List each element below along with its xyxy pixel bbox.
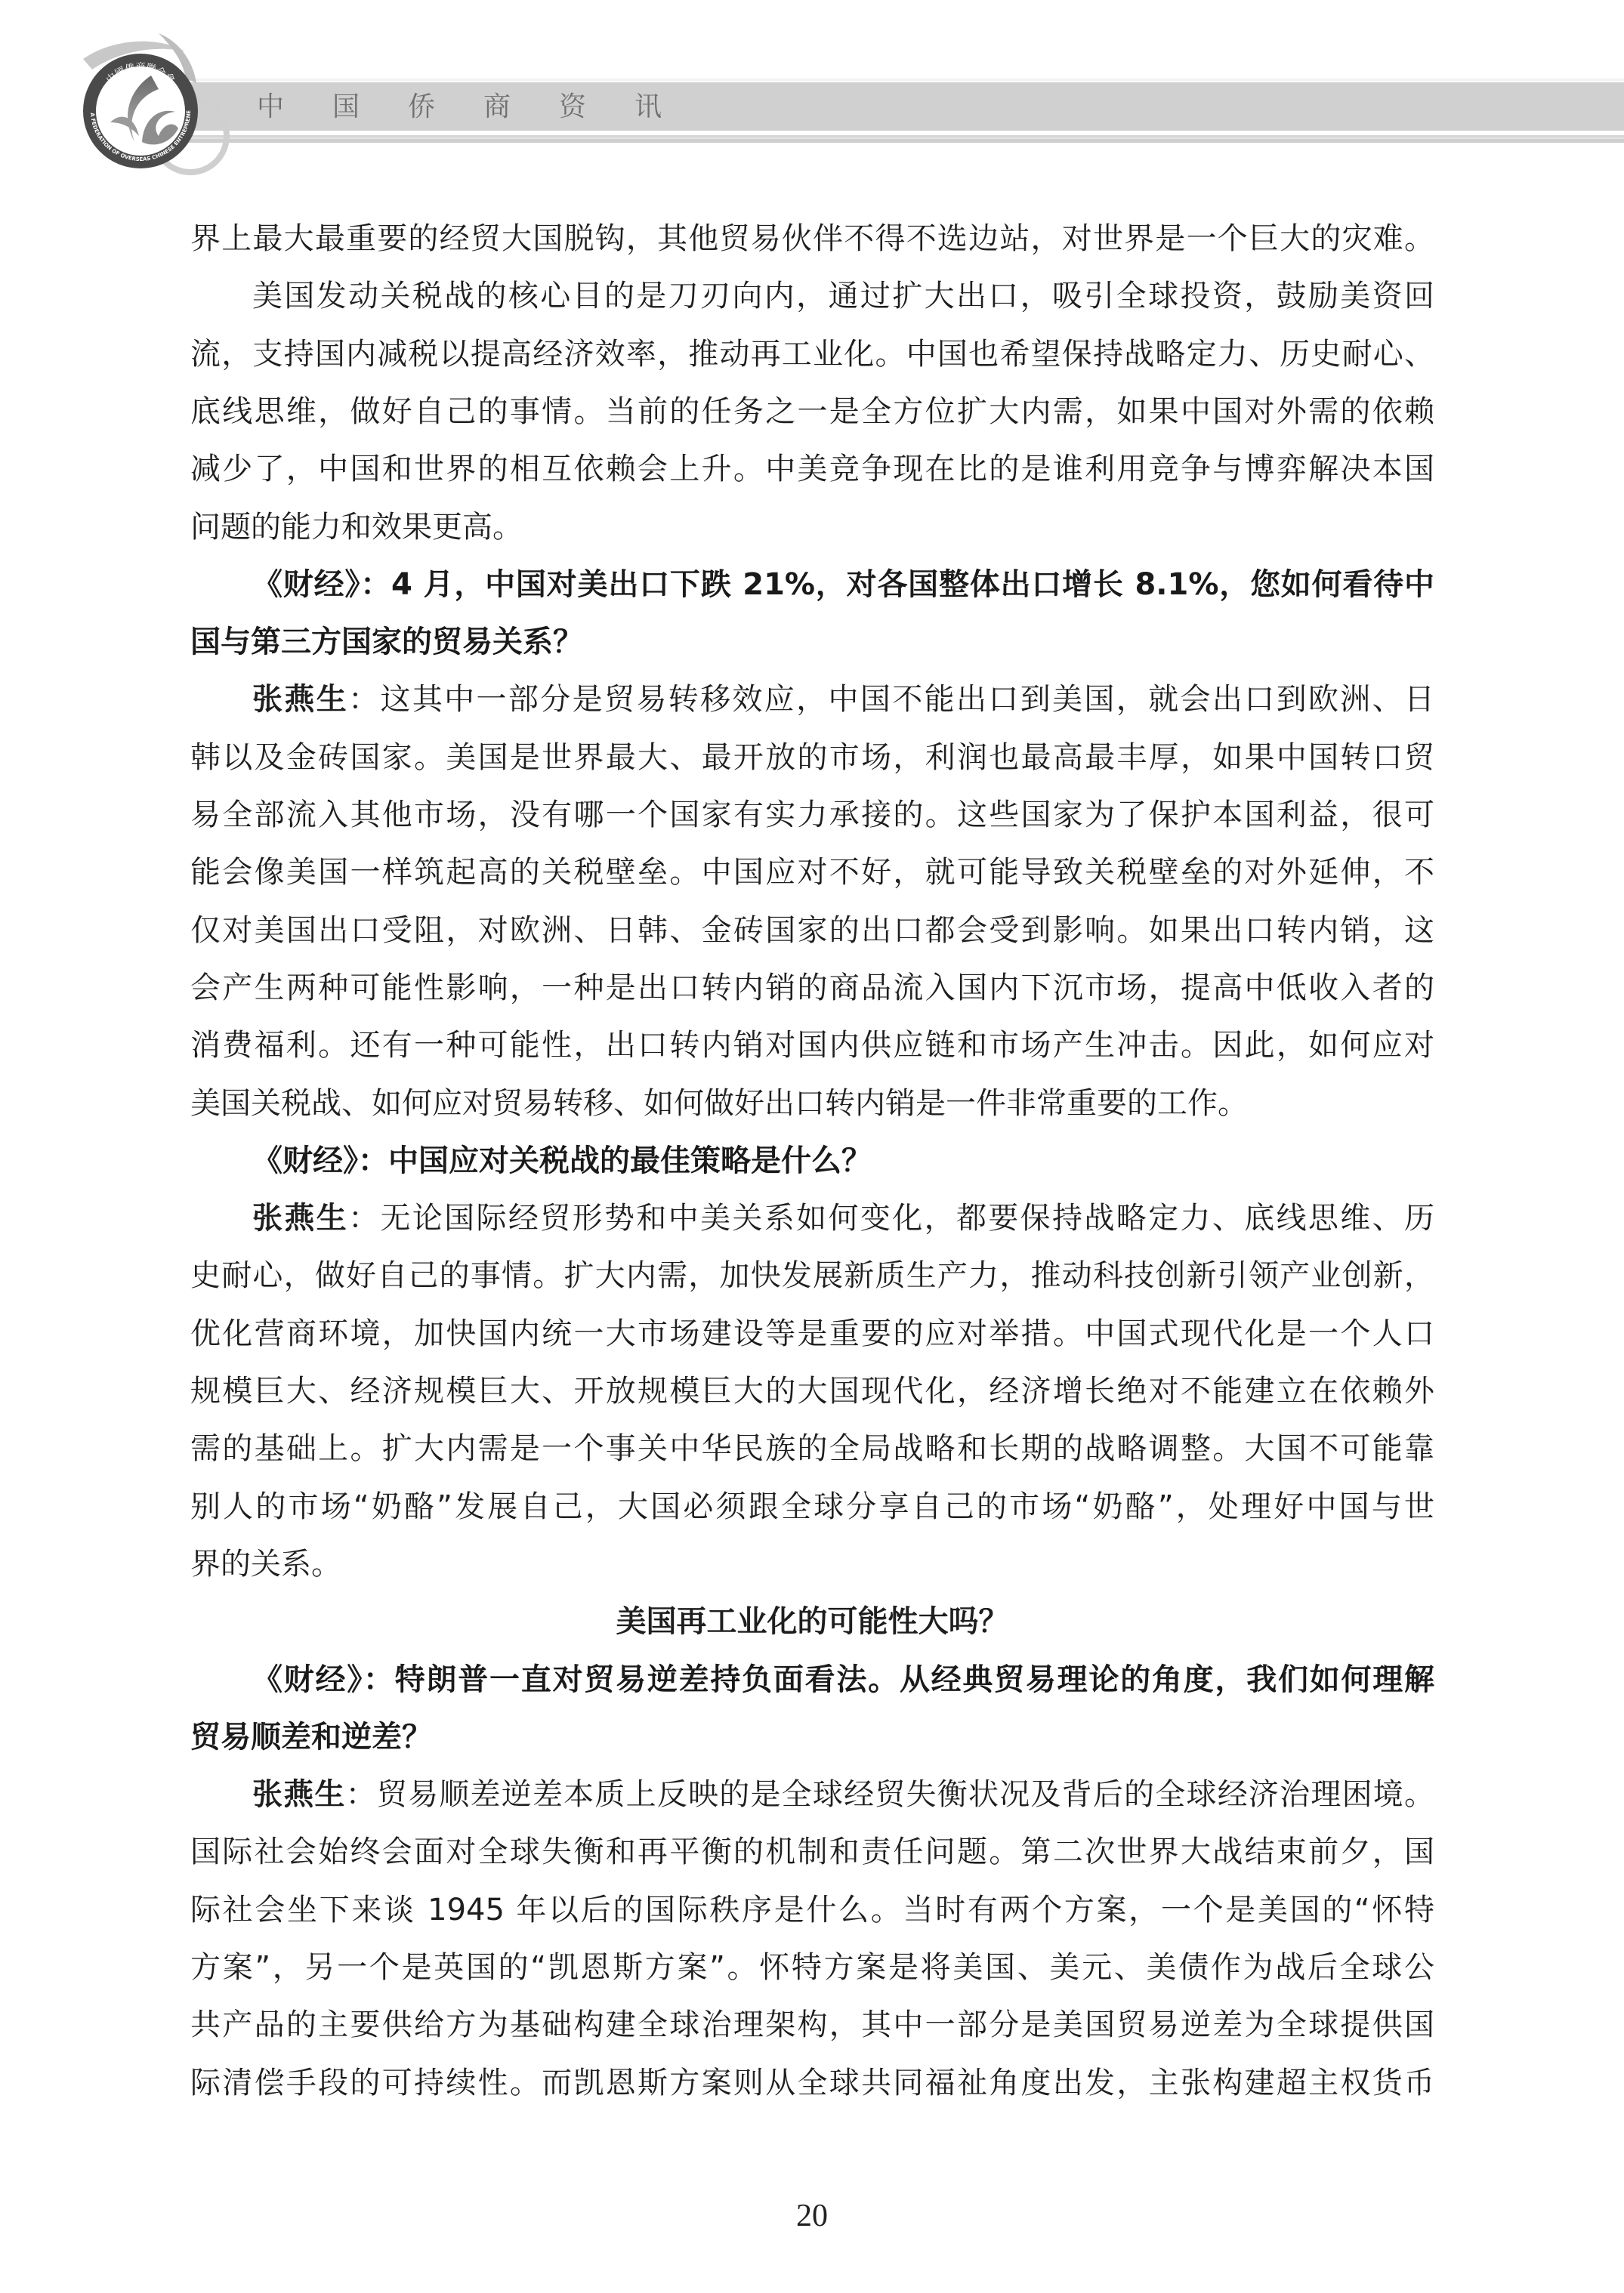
header-band-highlight — [189, 79, 1624, 81]
header-double-rule — [189, 135, 1624, 143]
paragraph-line: 史耐心，做好自己的事情。扩大内需，加快发展新质生产力，推动科技创新引领产业创新， — [190, 1259, 1434, 1292]
interview-question-line: 国与第三方国家的贸易关系？ — [190, 625, 1434, 659]
paragraph-line: 方案”，另一个是英国的“凯恩斯方案”。怀特方案是将美国、美元、美债作为战后全球公 — [190, 1951, 1434, 1984]
publication-title: 中 国 侨 商 资 讯 — [257, 92, 710, 122]
interview-answer-line: 张燕生：这其中一部分是贸易转移效应，中国不能出口到美国，就会出口到欧洲、日 — [252, 683, 1434, 716]
paragraph-line: 别人的市场“奶酪”发展自己，大国必须跟全球分享自己的市场“奶酪”，处理好中国与世 — [190, 1490, 1434, 1523]
paragraph-line: 消费福利。还有一种可能性，出口转内销对国内供应链和市场产生冲击。因此，如何应对 — [190, 1029, 1434, 1062]
speaker-name: 张燕生 — [252, 1201, 348, 1236]
paragraph-line: 界的关系。 — [190, 1548, 1434, 1581]
publication-title-char: 讯 — [634, 92, 710, 122]
paragraph-line: 规模巨大、经济规模巨大、开放规模巨大的大国现代化，经济增长绝对不能建立在依赖外 — [190, 1375, 1434, 1408]
publication-title-char: 国 — [332, 92, 408, 122]
publication-title-char: 资 — [559, 92, 634, 122]
paragraph-line: 需的基础上。扩大内需是一个事关中华民族的全局战略和长期的战略调整。大国不可能靠 — [190, 1432, 1434, 1465]
publication-title-char: 商 — [483, 92, 559, 122]
paragraph-line: 际清偿手段的可持续性。而凯恩斯方案则从全球共同福祉角度出发，主张构建超主权货币 — [190, 2066, 1434, 2100]
paragraph-line: 易全部流入其他市场，没有哪一个国家有实力承接的。这些国家为了保护本国利益，很可 — [190, 798, 1434, 832]
paragraph-line: 能会像美国一样筑起高的关税壁垒。中国应对不好，就可能导致关税壁垒的对外延伸，不 — [190, 856, 1434, 889]
paragraph-line: 底线思维，做好自己的事情。当前的任务之一是全方位扩大内需，如果中国对外需的依赖 — [190, 395, 1434, 428]
paragraph-line: 共产品的主要供给方为基础构建全球治理架构，其中一部分是美国贸易逆差为全球提供国 — [190, 2008, 1434, 2041]
interview-question-line: 《财经》：特朗普一直对贸易逆差持负面看法。从经典贸易理论的角度，我们如何理解 — [252, 1663, 1434, 1696]
answer-text: ：这其中一部分是贸易转移效应，中国不能出口到美国，就会出口到欧洲、日 — [348, 682, 1434, 717]
federation-emblem-icon: 中國僑商聯合會 CHINA FEDERATION OF OVERSEAS CHI… — [45, 23, 242, 204]
paragraph-line: 美国发动关税战的核心目的是刀刃向内，通过扩大出口，吸引全球投资，鼓励美资回 — [252, 279, 1434, 313]
paragraph-line: 会产生两种可能性影响，一种是出口转内销的商品流入国内下沉市场，提高中低收入者的 — [190, 971, 1434, 1005]
paragraph-line: 问题的能力和效果更高。 — [190, 511, 1434, 544]
paragraph-line: 国际社会始终会面对全球失衡和再平衡的机制和责任问题。第二次世界大战结束前夕，国 — [190, 1835, 1434, 1869]
speaker-name: 张燕生 — [252, 1777, 346, 1812]
section-heading: 美国再工业化的可能性大吗？ — [190, 1605, 1434, 1638]
paragraph-line: 界上最大最重要的经贸大国脱钩，其他贸易伙伴不得不选边站，对世界是一个巨大的灾难。 — [190, 222, 1434, 255]
paragraph-line: 优化营商环境，加快国内统一大市场建设等是重要的应对举措。中国式现代化是一个人口 — [190, 1317, 1434, 1350]
answer-text: ：贸易顺差逆差本质上反映的是全球经贸失衡状况及背后的全球经济治理困境。 — [346, 1777, 1434, 1812]
paragraph-line: 减少了，中国和世界的相互依赖会上升。中美竞争现在比的是谁利用竞争与博弈解决本国 — [190, 452, 1434, 486]
paragraph-line: 流，支持国内减税以提高经济效率，推动再工业化。中国也希望保持战略定力、历史耐心、 — [190, 338, 1434, 371]
paragraph-line: 际社会坐下来谈 1945 年以后的国际秩序是什么。当时有两个方案，一个是美国的“… — [190, 1893, 1434, 1927]
publication-title-char: 中 — [257, 92, 332, 122]
interview-answer-line: 张燕生：无论国际经贸形势和中美关系如何变化，都要保持战略定力、底线思维、历 — [252, 1202, 1434, 1235]
publication-title-char: 侨 — [408, 92, 483, 122]
paragraph-line: 美国关税战、如何应对贸易转移、如何做好出口转内销是一件非常重要的工作。 — [190, 1087, 1434, 1120]
interview-question-line: 贸易顺差和逆差？ — [190, 1721, 1434, 1754]
speaker-name: 张燕生 — [252, 682, 348, 717]
answer-text: ：无论国际经贸形势和中美关系如何变化，都要保持战略定力、底线思维、历 — [348, 1201, 1434, 1236]
page-number: 20 — [774, 2198, 850, 2234]
interview-answer-line: 张燕生：贸易顺差逆差本质上反映的是全球经贸失衡状况及背后的全球经济治理困境。 — [252, 1778, 1434, 1811]
paragraph-line: 仅对美国出口受阻，对欧洲、日韩、金砖国家的出口都会受到影响。如果出口转内销，这 — [190, 914, 1434, 947]
logo: 中國僑商聯合會 CHINA FEDERATION OF OVERSEAS CHI… — [45, 23, 242, 204]
interview-question-line: 《财经》：4 月，中国对美出口下跌 21%，对各国整体出口增长 8.1%，您如何… — [252, 568, 1434, 601]
interview-question-line: 《财经》：中国应对关税战的最佳策略是什么？ — [252, 1144, 1434, 1177]
paragraph-line: 韩以及金砖国家。美国是世界最大、最开放的市场，利润也最高最丰厚，如果中国转口贸 — [190, 741, 1434, 774]
